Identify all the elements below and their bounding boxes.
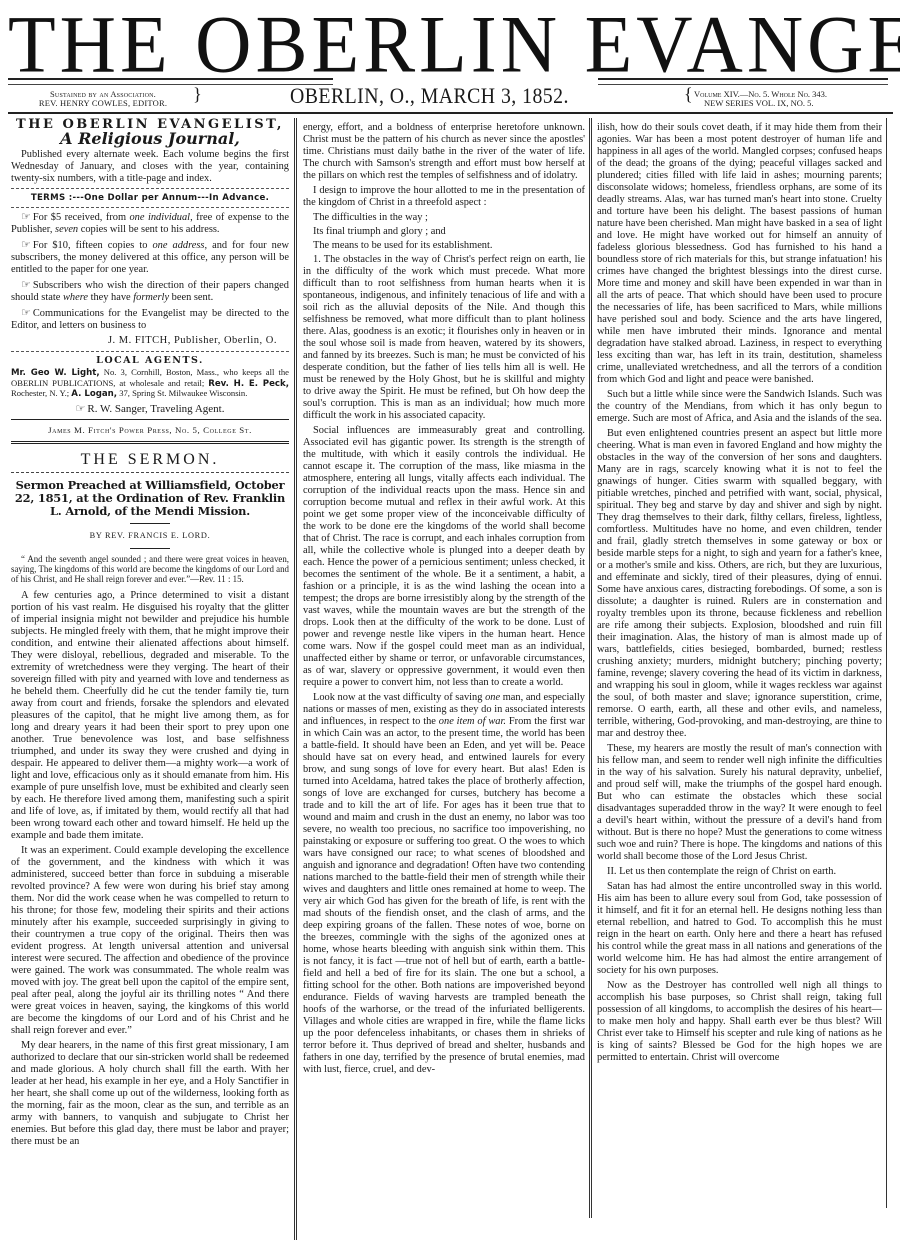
- masthead: THE OBERLIN EVANGELIST. Sustained by an …: [0, 0, 900, 110]
- notice-emphasis: one individual: [129, 212, 190, 223]
- agent-name: A. Logan,: [71, 389, 117, 399]
- emphasis: one: [485, 692, 500, 703]
- local-agents-list: Mr. Geo W. Light, No. 3, Cornhill, Bosto…: [11, 368, 289, 400]
- divider: [11, 188, 289, 189]
- aspect-item: Its final triumph and glory ; and: [303, 226, 585, 238]
- header-divider: [8, 112, 893, 114]
- paragraph: Now as the Destroyer has controlled well…: [597, 980, 882, 1064]
- publisher-name: J. M. FITCH, Publisher, Oberlin, O.: [11, 335, 289, 347]
- short-rule: [130, 548, 170, 549]
- agent-name: Rev. H. E. Peck,: [208, 379, 289, 389]
- paragraph: 1. The obstacles in the way of Christ's …: [303, 254, 585, 422]
- paragraph: A few centuries ago, a Prince determined…: [11, 590, 289, 842]
- notice-emphasis: one address: [152, 240, 204, 251]
- press-line: James M. Fitch's Power Press, No. 5, Col…: [11, 419, 289, 444]
- editor-info: Sustained by an Association. REV. HENRY …: [18, 90, 188, 108]
- paragraph: ilish, how do their souls covet death, i…: [597, 122, 882, 386]
- paragraph: My dear hearers, in the name of this fir…: [11, 1040, 289, 1148]
- volume-info: { Volume XIV.—No. 5. Whole No. 343. NEW …: [694, 90, 894, 108]
- column-1: THE OBERLIN EVANGELIST, A Religious Jour…: [11, 117, 289, 1151]
- text: From the first war in which Cain was an …: [303, 716, 585, 1075]
- brace-glyph: {: [684, 90, 693, 99]
- aspect-item: The difficulties in the way ;: [303, 212, 585, 224]
- paragraph: These, my hearers are mostly the result …: [597, 743, 882, 863]
- editor-line: REV. HENRY COWLES, EDITOR.: [18, 99, 188, 108]
- paragraph: Look now at the vast difficulty of savin…: [303, 692, 585, 1076]
- column-2: energy, effort, and a boldness of enterp…: [303, 122, 585, 1079]
- agent-name: Mr. Geo W. Light,: [11, 368, 100, 378]
- notice-ten-dollars: For $10, fifteen copies to one address, …: [11, 239, 289, 276]
- notice-emphasis: where: [63, 292, 88, 303]
- traveling-agent: R. W. Sanger, Traveling Agent.: [11, 403, 289, 415]
- sermon-title: Sermon Preached at Williamsfield, Octobe…: [11, 472, 289, 518]
- section-heading: THE SERMON.: [11, 454, 289, 466]
- notice-text: For $5 received, from: [33, 212, 130, 223]
- notice-communications: Communications for the Evangelist may be…: [11, 307, 289, 332]
- column-divider-3: [886, 118, 887, 1208]
- publisher-box-subtitle: A Religious Journal,: [11, 133, 289, 145]
- notice-address-change: Subscribers who wish the direction of th…: [11, 279, 289, 304]
- paragraph: Satan has had almost the entire uncontro…: [597, 881, 882, 977]
- short-rule: [130, 523, 170, 524]
- paragraph: energy, effort, and a boldness of enterp…: [303, 122, 585, 182]
- aspect-item: The means to be used for its establishme…: [303, 240, 585, 252]
- local-agents-heading: LOCAL AGENTS.: [11, 355, 289, 367]
- column-divider-2: [589, 118, 592, 1218]
- notice-emphasis: formerly: [133, 292, 169, 303]
- emphasis: one item of war.: [439, 716, 506, 727]
- masthead-rule-left: [8, 78, 333, 85]
- notice-five-dollars: For $5 received, from one individual, fr…: [11, 211, 289, 236]
- column-divider-1: [294, 118, 297, 1240]
- series-line: NEW SERIES VOL. IX, NO. 5.: [694, 99, 894, 108]
- divider: [11, 207, 289, 208]
- dateline: OBERLIN, O., MARCH 3, 1852.: [290, 83, 569, 109]
- agent-details: Rochester, N. Y.;: [11, 388, 71, 398]
- notice-text: been sent.: [169, 292, 213, 303]
- text: Look now at the vast difficulty of savin…: [313, 692, 485, 703]
- brace-glyph: }: [193, 90, 202, 99]
- epigraph: “ And the seventh angel sounded ; and th…: [11, 554, 289, 585]
- divider: [11, 351, 289, 352]
- agent-details: 37, Spring St. Milwaukee Wisconsin.: [117, 388, 247, 398]
- paragraph: Such but a little while since were the S…: [597, 389, 882, 425]
- paragraph: But even enlightened countries present a…: [597, 428, 882, 740]
- publication-intro: Published every alternate week. Each vol…: [11, 149, 289, 185]
- paragraph: It was an experiment. Could example deve…: [11, 845, 289, 1037]
- paragraph: I design to improve the hour allotted to…: [303, 185, 585, 209]
- newspaper-title: THE OBERLIN EVANGELIST.: [8, 6, 893, 82]
- section-heading-ii: II. Let us then contemplate the reign of…: [597, 866, 882, 878]
- notice-text: copies will be sent to his address.: [78, 224, 219, 235]
- notice-text: they have: [88, 292, 133, 303]
- notice-text: For $10, fifteen copies to: [33, 240, 153, 251]
- byline: BY REV. FRANCIS E. LORD.: [11, 530, 289, 542]
- masthead-rule-right: [598, 78, 888, 85]
- terms-line: TERMS :---One Dollar per Annum---In Adva…: [11, 192, 289, 204]
- paragraph: Social influences are immeasurably great…: [303, 425, 585, 689]
- notice-emphasis: seven: [55, 224, 78, 235]
- column-3: ilish, how do their souls covet death, i…: [597, 122, 882, 1067]
